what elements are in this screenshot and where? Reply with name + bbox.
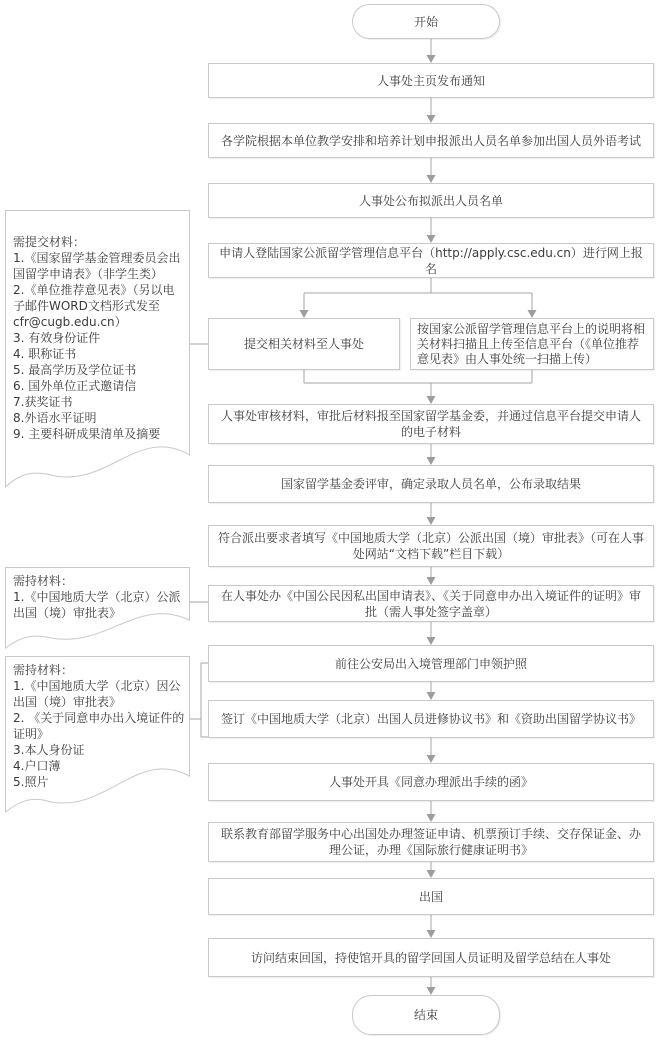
callout-title: 需提交材料：: [13, 234, 185, 250]
callout-item: 5. 最高学历及学位证书: [13, 362, 185, 378]
step-label: 联系教育部留学服务中心出国处办理签证申请、机票预订手续、交存保证金、办理公证，办…: [217, 826, 645, 858]
step-label: 各学院根据本单位教学安排和培养计划申报派出人员名单参加出国人员外语考试: [221, 133, 641, 149]
callout-item: 2.《单位推荐意见表》（另以电子邮件WORD文档形式发至cfr@cugb.edu…: [13, 282, 185, 330]
flowchart-canvas: 开始 结束 人事处主页发布通知 各学院根据本单位教学安排和培养计划申报派出人员名…: [0, 0, 658, 1043]
step-label: 签订《中国地质大学（北京）出国人员进修协议书》和《资助出国留学协议书》: [221, 711, 641, 727]
callout-item: 5.照片: [13, 774, 185, 790]
step-label: 前往公安局出入境管理部门申领护照: [335, 656, 527, 672]
flow-branch-submit-materials: 提交相关材料至人事处: [208, 318, 400, 370]
flow-end-label: 结束: [414, 1007, 438, 1023]
flow-end-node: 结束: [352, 995, 500, 1035]
flow-branch-upload-scan: 按国家公派留学管理信息平台上的说明将相关材料扫描且上传至信息平台（《单位推荐意见…: [410, 318, 654, 370]
step-label: 出国: [419, 889, 443, 905]
callout-carry-materials-2: 需持材料： 1.《中国地质大学（北京）因公出国（境）审批表》 2. 《关于同意申…: [5, 656, 190, 816]
flow-step-hr-review: 人事处审核材料，审批后材料报至国家留学基金委，并通过信息平台提交申请人的电子材料: [208, 404, 654, 444]
flow-step-go-abroad: 出国: [208, 878, 654, 915]
callout-item: 3.本人身份证: [13, 742, 185, 758]
step-label: 符合派出要求者填写《中国地质大学（北京）公派出国（境）审批表》（可在人事处网站“…: [217, 530, 645, 562]
step-label: 人事处主页发布通知: [377, 73, 485, 89]
callout-item: 8.外语水平证明: [13, 410, 185, 426]
flow-step-announce-list: 人事处公布拟派出人员名单: [208, 183, 654, 218]
step-label: 人事处审核材料，审批后材料报至国家留学基金委，并通过信息平台提交申请人的电子材料: [217, 408, 645, 440]
callout-item: 4. 职称证书: [13, 346, 185, 362]
callout-submit-materials: 需提交材料： 1.《国家留学基金管理委员会出国留学申请表》（非学生类） 2.《单…: [5, 210, 190, 492]
flow-step-fill-approval-form: 符合派出要求者填写《中国地质大学（北京）公派出国（境）审批表》（可在人事处网站“…: [208, 525, 654, 567]
step-label: 访问结束回国，持使馆开具的留学回国人员证明及留学总结在人事处: [251, 950, 611, 966]
flow-step-sign-agreements: 签订《中国地质大学（北京）出国人员进修协议书》和《资助出国留学协议书》: [208, 700, 654, 738]
flow-step-publish-notice: 人事处主页发布通知: [208, 63, 654, 98]
step-label: 国家留学基金委评审，确定录取人员名单，公布录取结果: [281, 476, 581, 492]
step-label: 人事处开具《同意办理派出手续的函》: [329, 774, 533, 790]
callout-item: 9. 主要科研成果清单及摘要: [13, 426, 185, 442]
flow-step-hr-issue-letter: 人事处开具《同意办理派出手续的函》: [208, 763, 654, 801]
step-label: 按国家公派留学管理信息平台上的说明将相关材料扫描且上传至信息平台（《单位推荐意见…: [417, 322, 647, 367]
flow-step-visa-ticket-notary: 联系教育部留学服务中心出国处办理签证申请、机票预订手续、交存保证金、办理公证，办…: [208, 822, 654, 862]
callout-title: 需持材料：: [13, 662, 185, 678]
flow-step-return-report: 访问结束回国，持使馆开具的留学回国人员证明及留学总结在人事处: [208, 938, 654, 977]
callout-item: 6. 国外单位正式邀请信: [13, 378, 185, 394]
flow-step-hr-approval-stamp: 在人事处办《中国公民因私出国申请表》、《关于同意申办出入境证件的证明》审批（需人…: [208, 585, 654, 622]
callout-item: 2. 《关于同意申办出入境证件的证明》: [13, 710, 185, 742]
callout-item: 1.《中国地质大学（北京）因公出国（境）审批表》: [13, 678, 185, 710]
callout-item: 1.《国家留学基金管理委员会出国留学申请表》（非学生类）: [13, 250, 185, 282]
step-label: 提交相关材料至人事处: [244, 336, 364, 352]
flow-step-apply-passport: 前往公安局出入境管理部门申领护照: [208, 645, 654, 682]
callout-item: 7.获奖证书: [13, 394, 185, 410]
flow-start-label: 开始: [414, 14, 438, 30]
flow-step-online-apply: 申请人登陆国家公派留学管理信息平台（http://apply.csc.edu.c…: [208, 243, 654, 278]
flow-start-node: 开始: [352, 4, 500, 39]
callout-item: 3. 有效身份证件: [13, 330, 185, 346]
step-label: 人事处公布拟派出人员名单: [359, 193, 503, 209]
step-label: 在人事处办《中国公民因私出国申请表》、《关于同意申办出入境证件的证明》审批（需人…: [217, 588, 645, 620]
callout-carry-materials-1: 需持材料： 1.《中国地质大学（北京）公派出国（境）审批表》: [5, 567, 190, 652]
flow-step-college-report: 各学院根据本单位教学安排和培养计划申报派出人员名单参加出国人员外语考试: [208, 123, 654, 158]
step-label: 申请人登陆国家公派留学管理信息平台（http://apply.csc.edu.c…: [217, 245, 645, 277]
callout-title: 需持材料：: [13, 573, 185, 589]
callout-item: 4.户口薄: [13, 758, 185, 774]
callout-item: 1.《中国地质大学（北京）公派出国（境）审批表》: [13, 589, 185, 621]
flow-step-csc-evaluation: 国家留学基金委评审，确定录取人员名单，公布录取结果: [208, 465, 654, 503]
